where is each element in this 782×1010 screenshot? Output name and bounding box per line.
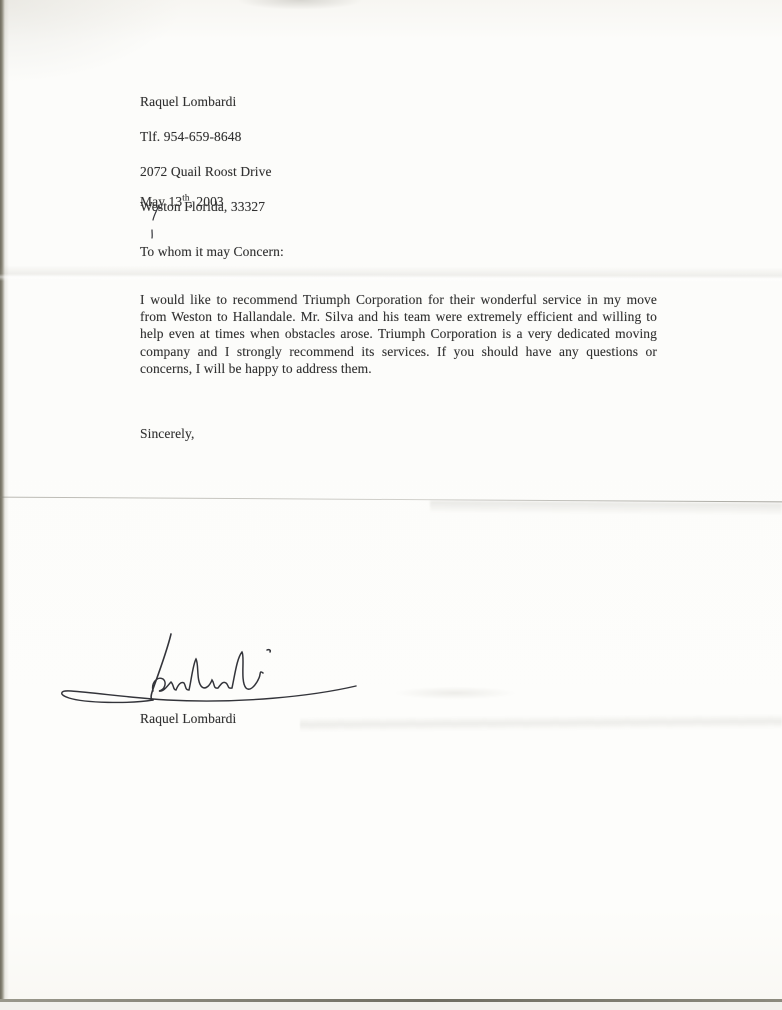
sender-phone: Tlf. 954-659-8648 (140, 128, 272, 145)
scan-left-edge (0, 0, 9, 1010)
date-suffix: , 2003 (189, 194, 223, 209)
signature-handwriting (55, 633, 375, 718)
letter-body: I would like to recommend Triumph Corpor… (140, 291, 657, 377)
typed-signature-name: Raquel Lombardi (140, 710, 236, 727)
paper-fold-shadow-middle (430, 501, 782, 517)
sender-name: Raquel Lombardi (140, 93, 272, 110)
scanned-letter-page: Raquel Lombardi Tlf. 954-659-8648 2072 Q… (0, 0, 782, 1010)
signature-letters (153, 652, 263, 691)
pen-slash-mark (153, 205, 159, 220)
signature-underline-flourish (62, 686, 356, 702)
closing: Sincerely, (140, 425, 194, 442)
scanner-background (0, 1002, 782, 1010)
paper-crease-upper (0, 265, 782, 283)
pen-mark-strokes (145, 200, 175, 245)
paper-crease-smudge (380, 684, 530, 702)
salutation: To whom it may Concern: (140, 243, 284, 260)
sender-street: 2072 Quail Roost Drive (140, 163, 272, 180)
signature-i-dot (267, 650, 270, 652)
